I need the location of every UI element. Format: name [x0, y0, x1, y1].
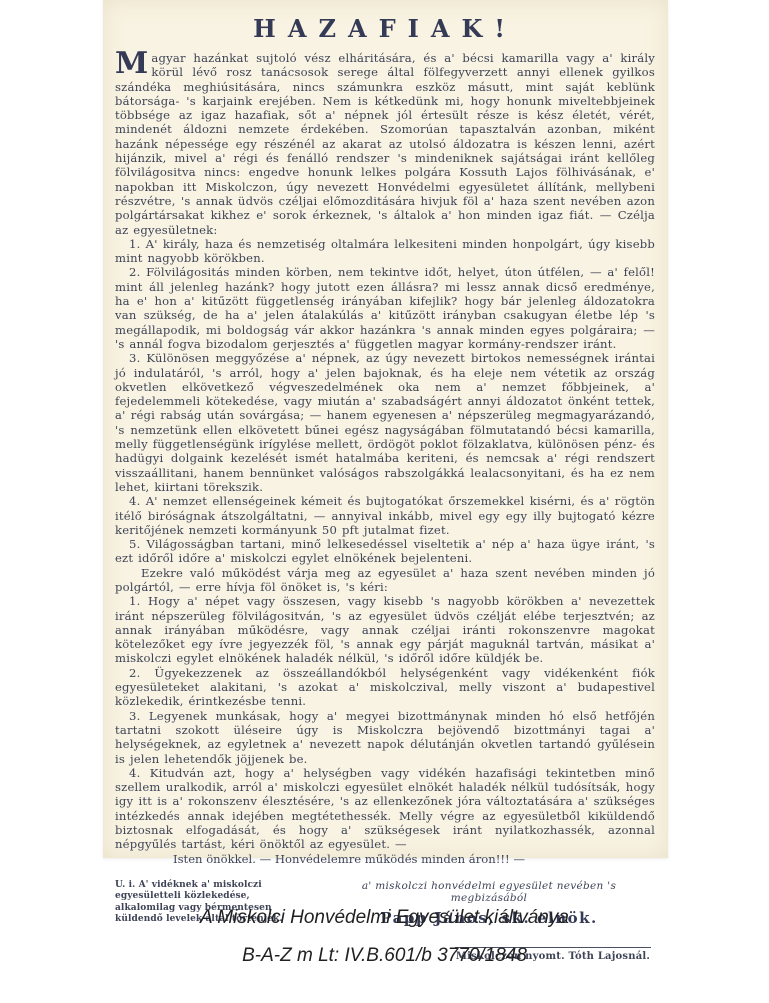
doc-goal-3: 3. Különösen meggyőzése a' népnek, az úg…	[115, 351, 655, 494]
intro-text: agyar hazánkat sujtoló vész elháritására…	[115, 51, 655, 237]
doc-goal-5: 5. Világosságban tartani, minő lelkesedé…	[115, 537, 655, 566]
doc-request-1: 1. Hogy a' népet vagy összesen, vagy kis…	[115, 594, 655, 665]
doc-goal-4: 4. A' nemzet ellenségeinek kémeit és buj…	[115, 494, 655, 537]
doc-closing-line: Isten önökkel. — Honvédelemre működés mi…	[115, 852, 655, 866]
doc-request-2: 2. Ügyekezzenek az összeállandókból hely…	[115, 666, 655, 709]
doc-request-4: 4. Kitudván azt, hogy a' helységben vagy…	[115, 766, 655, 852]
doc-paragraph-appeal: Ezekre való működést várja meg az egyesü…	[115, 566, 655, 595]
page: HAZAFIAK! Magyar hazánkat sujtoló vész e…	[0, 0, 769, 1003]
doc-goal-1: 1. A' király, haza és nemzetiség oltalmá…	[115, 237, 655, 266]
doc-request-3: 3. Legyenek munkásak, hogy a' megyei biz…	[115, 709, 655, 766]
caption-reference: B-A-Z m Lt: IV.B.601/b 3770/1848	[0, 941, 769, 971]
doc-title: HAZAFIAK!	[115, 14, 655, 43]
signature-credit: a' miskolczi honvédelmi egyesület nevébe…	[323, 880, 655, 904]
doc-goal-2: 2. Fölvilágositás minden körben, nem tek…	[115, 265, 655, 351]
caption: A Miskolci Honvédelmi Egyesület kiáltván…	[0, 903, 769, 971]
caption-title: A Miskolci Honvédelmi Egyesület kiáltván…	[0, 903, 769, 933]
document-scan: HAZAFIAK! Magyar hazánkat sujtoló vész e…	[103, 0, 668, 858]
drop-cap: M	[115, 51, 151, 76]
doc-paragraph-intro: Magyar hazánkat sujtoló vész elháritásár…	[115, 51, 655, 237]
